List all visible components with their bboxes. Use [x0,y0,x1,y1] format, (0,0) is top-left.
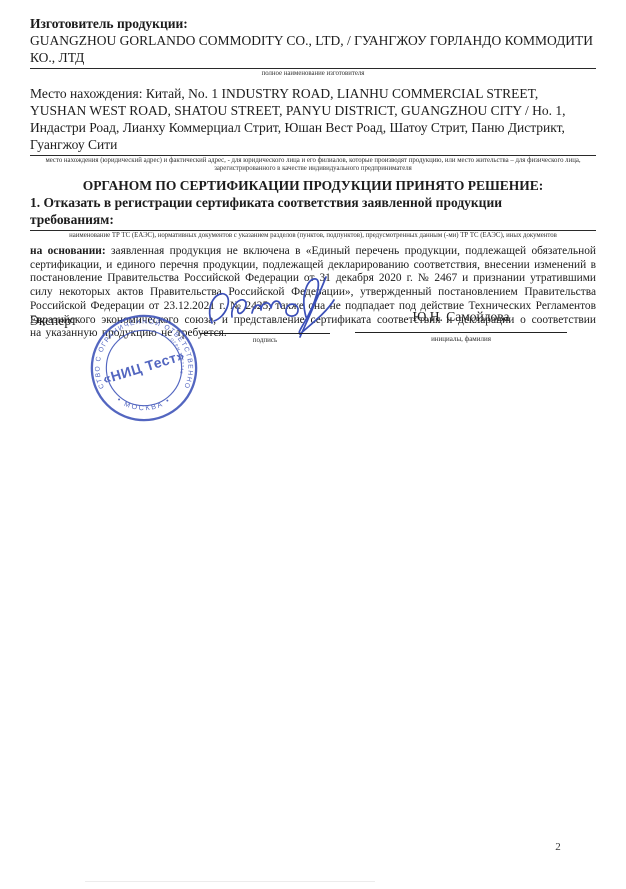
rule-location [30,155,596,156]
decision-caption: наименование ТР ТС (ЕАЭС), нормативных д… [30,232,596,241]
signature-caption: подпись [200,336,330,344]
stamp-bottom-text: • МОСКВА • [115,395,172,412]
svg-text:• МОСКВА •: • МОСКВА • [115,395,172,412]
manufacturer-caption: полное наименование изготовителя [30,70,596,79]
manufacturer-name: GUANGZHOU GORLANDO COMMODITY CO., LTD, /… [30,32,596,66]
scan-artifact [85,881,375,882]
manufacturer-label: Изготовитель продукции: [30,15,596,32]
name-caption: инициалы, фамилия [355,335,567,343]
rule-manufacturer [30,68,596,69]
decision-heading: ОРГАНОМ ПО СЕРТИФИКАЦИИ ПРОДУКЦИИ ПРИНЯТ… [30,177,596,194]
expert-name: Ю.Н. Самойлова [355,309,567,325]
location-text: Место нахождения: Китай, No. 1 INDUSTRY … [30,85,596,153]
basis-label: на основании: [30,245,106,257]
signature-line [200,333,330,334]
expert-label: Эксперт [30,313,77,329]
page-number: 2 [548,841,568,853]
company-stamp: ОБЩЕСТВО С ОГРАНИЧЕННОЙ ОТВЕТСТВЕННОСТЬЮ… [88,312,200,424]
name-line [355,332,567,333]
location-caption: место нахождения (юридический адрес) и ф… [30,157,596,174]
decision-item-1: 1. Отказать в регистрации сертификата со… [30,194,535,228]
document-page: Изготовитель продукции: GUANGZHOU GORLAN… [0,0,626,889]
stamp-center-text: «НИЦ Тест» [101,347,187,387]
rule-decision [30,230,596,231]
